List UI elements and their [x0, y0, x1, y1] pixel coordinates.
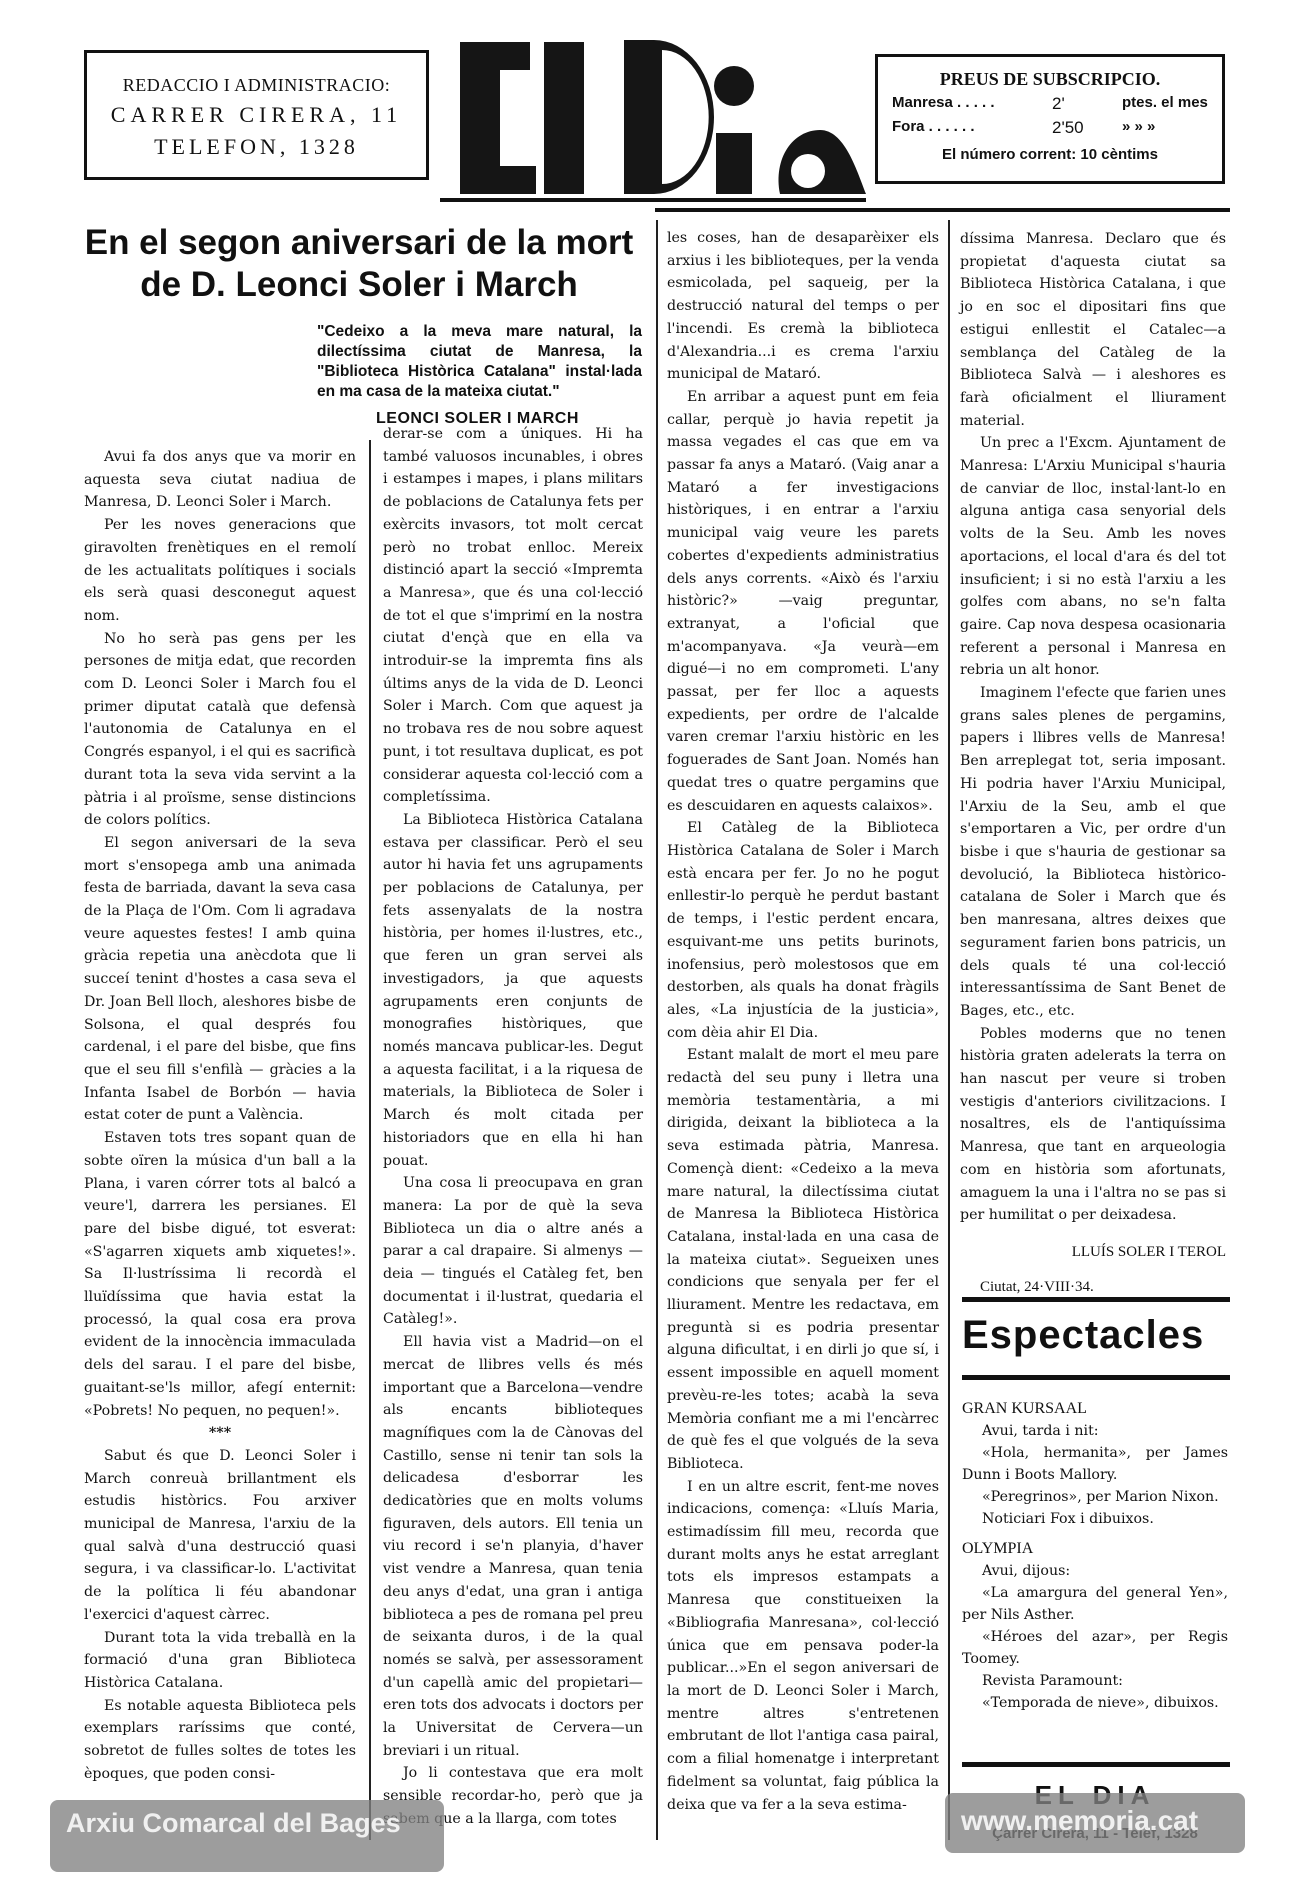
paragraph: El segon aniversari de la seva mort s'en… — [84, 832, 356, 1127]
paragraph: Estaven tots tres sopant quan de sobte o… — [84, 1127, 356, 1422]
section-separator: *** — [84, 1422, 356, 1445]
paragraph: Estant malalt de mort el meu pare redact… — [667, 1044, 939, 1475]
article-epigraph: "Cedeixo a la meva mare natural, la dile… — [317, 322, 642, 402]
espectacles-rule-top — [962, 1297, 1230, 1302]
espectacles-rule-bottom — [962, 1375, 1230, 1380]
paragraph: Imaginem l'efecte que farien unes grans … — [960, 682, 1226, 1023]
paragraph: Un prec a l'Excm. Ajuntament de Manresa:… — [960, 432, 1226, 682]
listing-line: «Temporada de nieve», dibuixos. — [962, 1692, 1228, 1714]
paragraph: I en un altre escrit, fent-me noves indi… — [667, 1476, 939, 1817]
paragraph: Ell havia vist a Madrid—on el mercat de … — [383, 1331, 643, 1762]
column-divider — [369, 440, 371, 1840]
paragraph: Una cosa li preocupava en gran manera: L… — [383, 1172, 643, 1331]
listing-line: «Héroes del azar», per Regis Toomey. — [962, 1626, 1228, 1670]
listing-line: «Hola, hermanita», per James Dunn i Boot… — [962, 1442, 1228, 1486]
paragraph: La Biblioteca Històrica Catalana estava … — [383, 809, 643, 1172]
espectacles-heading: Espectacles — [962, 1313, 1232, 1358]
article-date: Ciutat, 24·VIII·34. — [960, 1276, 1226, 1299]
masthead-rule — [440, 198, 866, 202]
paragraph: díssima Manresa. Declaro que és propieta… — [960, 228, 1226, 432]
listing-line: Avui, dijous: — [962, 1560, 1228, 1582]
listing-line: Noticiari Fox i dibuixos. — [962, 1508, 1228, 1530]
article-column-1: Avui fa dos anys que va morir en aquesta… — [84, 446, 356, 1785]
listing-line: «La amargura del general Yen», per Nils … — [962, 1582, 1228, 1626]
article-column-2: derar-se com a úniques. Hi ha també valu… — [383, 423, 643, 1831]
el-dia-logo — [448, 38, 868, 198]
subscription-price: 2'50 — [1052, 118, 1122, 138]
article-column-3: les coses, han de desaparèixer els arxiu… — [667, 227, 939, 1816]
masthead-address-line3: TELEFON, 1328 — [87, 134, 426, 160]
paragraph: Es notable aquesta Biblioteca pels exemp… — [84, 1695, 356, 1786]
el-dia-logo-icon — [448, 38, 868, 198]
website-watermark: www.memoria.cat — [945, 1793, 1245, 1853]
paragraph: Sabut és que D. Leonci Soler i March con… — [84, 1445, 356, 1627]
subscription-place: Fora . . . . . . — [892, 118, 1052, 138]
masthead-address-line1: REDACCIO I ADMINISTRACIO: — [87, 75, 426, 96]
paragraph: En arribar a aquest punt em feia callar,… — [667, 386, 939, 817]
paragraph: les coses, han de desaparèixer els arxiu… — [667, 227, 939, 386]
article-signature: LLUÍS SOLER I TEROL — [960, 1241, 1226, 1264]
subscription-unit: ptes. el mes — [1122, 94, 1208, 114]
paragraph: Durant tota la vida treballà en la forma… — [84, 1627, 356, 1695]
top-rule — [655, 208, 1230, 212]
listing-line: Avui, tarda i nit: — [962, 1420, 1228, 1442]
subscription-unit: » » » — [1122, 118, 1155, 138]
single-issue-price: El número corrent: 10 cèntims — [892, 146, 1208, 163]
subscription-title: PREUS DE SUBSCRIPCIO. — [892, 69, 1208, 90]
masthead-address-line2: CARRER CIRERA, 11 — [87, 102, 426, 128]
subscription-price: 2' — [1052, 94, 1122, 114]
listing-line: «Peregrinos», per Marion Nixon. — [962, 1486, 1228, 1508]
article-title-line1: En el segon aniversari de la mort — [76, 222, 642, 264]
paragraph: Per les noves generacions que giravolten… — [84, 514, 356, 628]
paragraph: derar-se com a úniques. Hi ha també valu… — [383, 423, 643, 809]
article-title: En el segon aniversari de la mort de D. … — [76, 222, 642, 306]
listing-line: Revista Paramount: — [962, 1670, 1228, 1692]
venue-name: OLYMPIA — [962, 1538, 1228, 1560]
subscription-row: Fora . . . . . . 2'50 » » » — [892, 118, 1208, 138]
column-divider — [656, 220, 658, 1840]
paragraph: Avui fa dos anys que va morir en aquesta… — [84, 446, 356, 514]
archive-watermark: Arxiu Comarcal del Bages — [50, 1800, 444, 1872]
article-column-4: díssima Manresa. Declaro que és propieta… — [960, 228, 1226, 1298]
espectacles-listings: GRAN KURSAAL Avui, tarda i nit: «Hola, h… — [962, 1394, 1228, 1714]
paragraph: Pobles moderns que no tenen història gra… — [960, 1023, 1226, 1227]
article-title-line2: de D. Leonci Soler i March — [76, 264, 642, 306]
subscription-box: PREUS DE SUBSCRIPCIO. Manresa . . . . . … — [875, 54, 1225, 184]
subscription-place: Manresa . . . . . — [892, 94, 1052, 114]
paragraph: El Catàleg de la Biblioteca Històrica Ca… — [667, 817, 939, 1044]
footer-rule — [962, 1762, 1230, 1767]
paragraph: No ho serà pas gens per les persones de … — [84, 628, 356, 832]
column-divider — [948, 220, 950, 1840]
subscription-row: Manresa . . . . . 2' ptes. el mes — [892, 94, 1208, 114]
masthead-address-box: REDACCIO I ADMINISTRACIO: CARRER CIRERA,… — [84, 50, 429, 180]
venue-name: GRAN KURSAAL — [962, 1398, 1228, 1420]
